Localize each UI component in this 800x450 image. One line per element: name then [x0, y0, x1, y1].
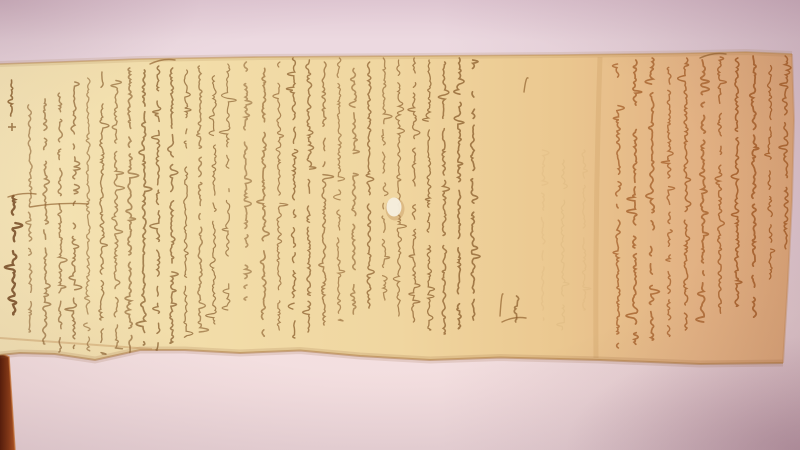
manuscript-paper: [0, 0, 800, 450]
paper-hole: [387, 198, 402, 217]
manuscript-photograph: An early 16th-century paper manuscript s…: [0, 0, 800, 450]
wood-table-edge: [0, 353, 15, 450]
